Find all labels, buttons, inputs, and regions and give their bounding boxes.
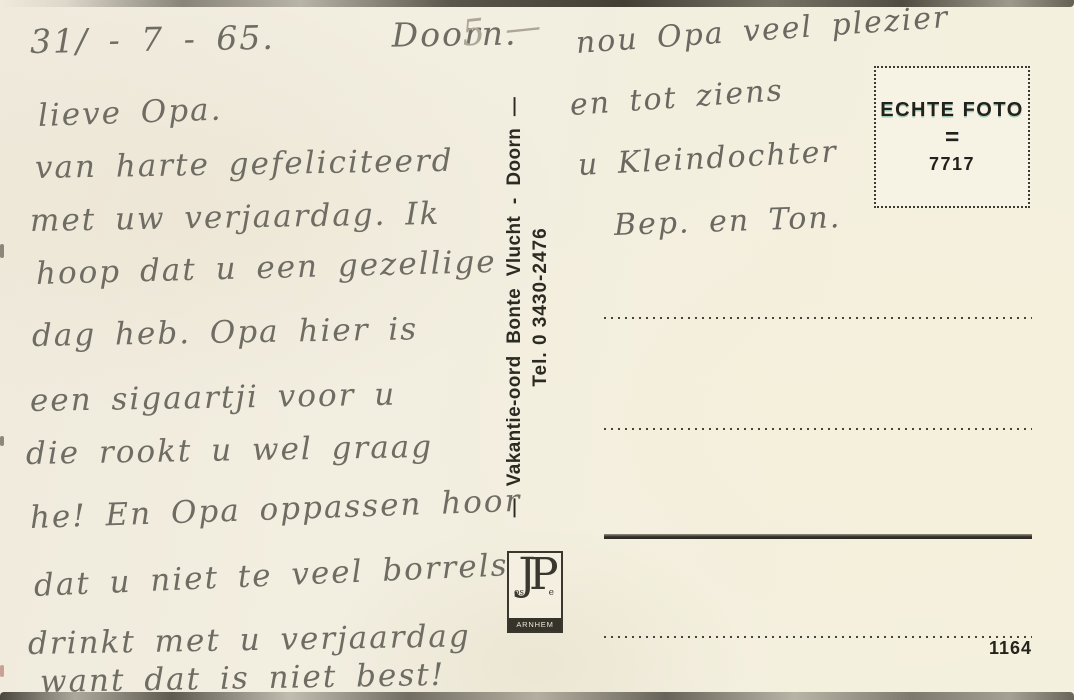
card-number: 1164 bbox=[604, 638, 1032, 659]
stamp-box: ECHTE FOTO = 7717 bbox=[874, 66, 1030, 208]
scan-left-speck bbox=[0, 665, 4, 677]
closing-line: Bep. en Ton. bbox=[613, 200, 841, 243]
logo-small-left: os bbox=[514, 588, 524, 598]
message-line: lieve Opa. bbox=[37, 92, 223, 134]
telephone-label: Tel. 0 3430-2476 bbox=[530, 227, 552, 386]
message-line: met uw verjaardag. Ik bbox=[30, 196, 441, 239]
message-line: dat u niet te veel borrels bbox=[33, 547, 509, 604]
publisher-logo: JP os e ARNHEM bbox=[507, 551, 563, 633]
message-line: die rookt u wel graag bbox=[26, 429, 434, 472]
divider-printed-text: — Vakantie-oord Bonte Vlucht - Doorn — T… bbox=[504, 102, 566, 512]
address-dotted-line-2 bbox=[604, 428, 1032, 430]
message-line: drinkt met u verjaardag bbox=[28, 618, 471, 662]
scan-bottom-edge bbox=[0, 692, 1074, 700]
stamp-title: ECHTE FOTO bbox=[880, 99, 1024, 122]
address-thick-rule bbox=[604, 534, 1032, 539]
message-line: van harte gefeliciteerd bbox=[35, 143, 454, 186]
stamp-number: 7717 bbox=[929, 154, 975, 175]
closing-line: en tot ziens bbox=[569, 73, 785, 123]
closing-line: nou Opa veel plezier bbox=[575, 0, 951, 61]
scan-left-speck bbox=[0, 244, 4, 258]
deckle-top-edge bbox=[0, 0, 1074, 7]
message-line: he! En Opa oppassen hoor bbox=[29, 483, 522, 536]
resort-name-label: — Vakantie-oord Bonte Vlucht - Doorn — bbox=[504, 97, 526, 518]
stamp-equals-mark: = bbox=[945, 128, 959, 147]
closing-line: u Kleindochter bbox=[577, 134, 839, 183]
postcard-back: 31/ - 7 - 65. Doorn. 5 — lieve Opa. van … bbox=[0, 0, 1074, 700]
logo-small-right: e bbox=[549, 588, 554, 598]
logo-city-label: ARNHEM bbox=[509, 618, 561, 631]
scan-left-speck bbox=[0, 436, 4, 446]
message-line: hoop dat u een gezellige bbox=[36, 244, 498, 292]
price-mark: 5 — bbox=[460, 6, 544, 55]
handwritten-date: 31/ - 7 - 65. Doorn. bbox=[30, 13, 518, 61]
message-line: een sigaartji voor u bbox=[30, 377, 397, 419]
message-line: dag heb. Opa hier is bbox=[32, 311, 419, 354]
address-dotted-line-1 bbox=[604, 317, 1032, 319]
